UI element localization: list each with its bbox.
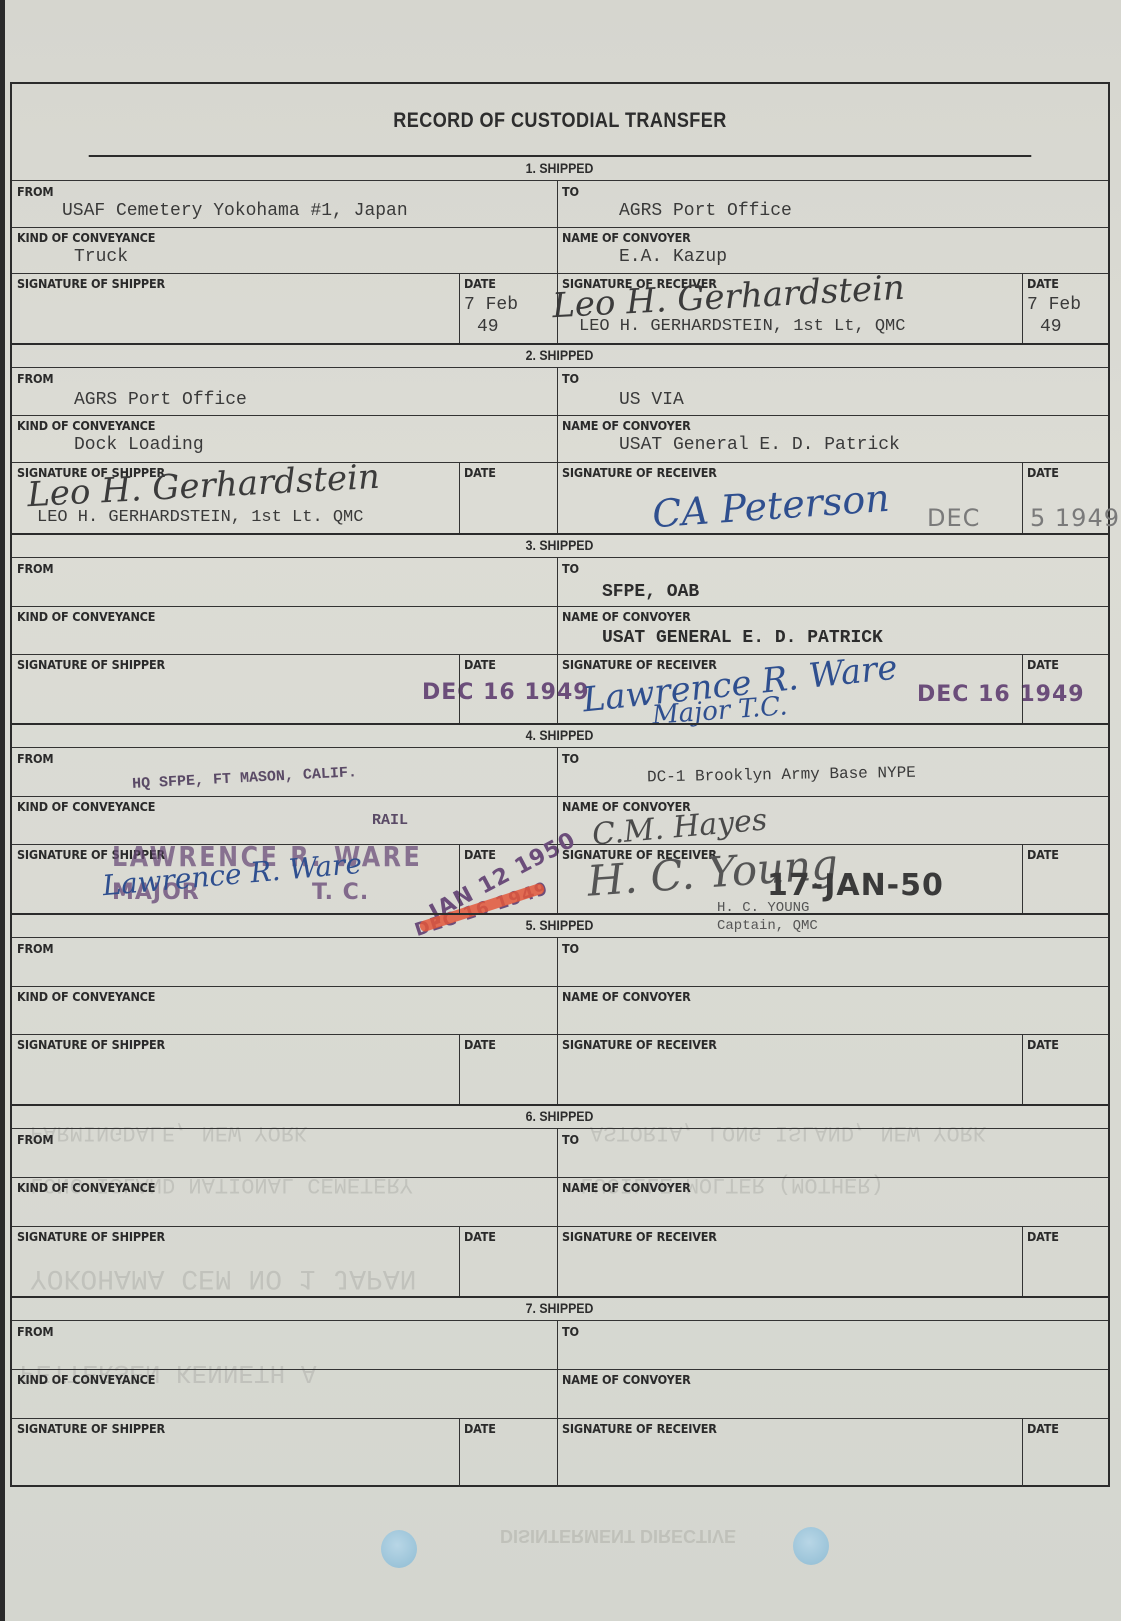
shipment-section-2: 2. SHIPPED FROM AGRS Port Office TO US V… <box>12 344 1108 534</box>
from-field[interactable]: FROM <box>12 938 557 986</box>
page-edge-shadow <box>0 0 5 1621</box>
from-stamp: HQ SFPE, FT MASON, CALIF. <box>132 764 358 793</box>
form-title: RECORD OF CUSTODIAL TRANSFER <box>89 84 1032 157</box>
kind-of-conveyance-field[interactable]: KIND OF CONVEYANCE <box>12 606 557 654</box>
shipment-section-5: 5. SHIPPED FROM TO KIND OF CONVEYANCE NA… <box>12 914 1108 1105</box>
shipper-date-field[interactable]: DATE 7 Feb 49 <box>459 273 557 344</box>
kind-of-conveyance-field[interactable]: KIND OF CONVEYANCE RAIL <box>12 796 557 844</box>
section-heading: 4. SHIPPED <box>12 724 1108 748</box>
date-stamp: DEC <box>927 504 980 532</box>
shipper-signature-field[interactable]: SIGNATURE OF SHIPPER LAWRENCE R. WARE MA… <box>12 844 459 914</box>
name-of-convoyer-field[interactable]: NAME OF CONVOYER C.M. Hayes <box>557 796 1112 844</box>
punch-hole <box>793 1527 829 1565</box>
to-field[interactable]: TO US VIA <box>557 368 1112 415</box>
receiver-signature-field[interactable]: SIGNATURE OF RECEIVER <box>557 1034 1022 1105</box>
receiver-date-field[interactable]: DATE <box>1022 1034 1112 1105</box>
receiver-signature-field[interactable]: SIGNATURE OF RECEIVER <box>557 1418 1022 1487</box>
section-heading: 2. SHIPPED <box>12 344 1108 368</box>
receiver-date-field[interactable]: DATE <box>1022 1226 1112 1297</box>
receiver-date-field[interactable]: DATE <box>1022 654 1112 724</box>
shipper-signature-field[interactable]: SIGNATURE OF SHIPPER <box>12 1226 459 1297</box>
date-stamp: 5 1949 <box>1030 504 1120 532</box>
section-heading: 3. SHIPPED <box>12 534 1108 558</box>
name-of-convoyer-field[interactable]: NAME OF CONVOYER USAT GENERAL E. D. PATR… <box>557 606 1112 654</box>
receiver-date-field[interactable]: DATE <box>1022 1418 1112 1487</box>
from-field[interactable]: FROM AGRS Port Office <box>12 368 557 415</box>
from-field[interactable]: FROM <box>12 1129 557 1177</box>
shipment-section-4: 4. SHIPPED FROM HQ SFPE, FT MASON, CALIF… <box>12 724 1108 914</box>
to-field[interactable]: TO AGRS Port Office <box>557 181 1112 227</box>
shipment-section-1: 1. SHIPPED FROM USAF Cemetery Yokohama #… <box>12 157 1108 344</box>
name-of-convoyer-field[interactable]: NAME OF CONVOYER USAT General E. D. Patr… <box>557 415 1112 462</box>
shipper-date-field[interactable]: DATE <box>459 654 557 724</box>
kind-of-conveyance-field[interactable]: KIND OF CONVEYANCE Truck <box>12 227 557 273</box>
to-field[interactable]: TO DC-1 Brooklyn Army Base NYPE <box>557 748 1112 796</box>
to-field[interactable]: TO <box>557 1129 1112 1177</box>
shipper-date-field[interactable]: DATE <box>459 462 557 534</box>
shipment-section-7: 7. SHIPPED FROM TO KIND OF CONVEYANCE NA… <box>12 1297 1108 1487</box>
bleed-through-text: DISINTERMENT DIRECTIVE <box>500 1525 736 1546</box>
shipper-date-field[interactable]: DATE <box>459 1226 557 1297</box>
from-field[interactable]: FROM <box>12 1321 557 1369</box>
receiver-date-field[interactable]: DATE 7 Feb 49 <box>1022 273 1112 344</box>
section-heading: 1. SHIPPED <box>12 157 1108 181</box>
to-field[interactable]: TO SFPE, OAB <box>557 558 1112 606</box>
from-field[interactable]: FROM <box>12 558 557 606</box>
to-field[interactable]: TO <box>557 938 1112 986</box>
section-heading: 7. SHIPPED <box>12 1297 1108 1321</box>
document-page: FARMINGDALE, NEW YORK ASTORIA, LONG ISLA… <box>0 0 1121 1621</box>
kind-of-conveyance-field[interactable]: KIND OF CONVEYANCE Dock Loading <box>12 415 557 462</box>
name-of-convoyer-field[interactable]: NAME OF CONVOYER <box>557 1369 1112 1418</box>
kind-of-conveyance-field[interactable]: KIND OF CONVEYANCE <box>12 1177 557 1226</box>
to-field[interactable]: TO <box>557 1321 1112 1369</box>
kind-of-conveyance-field[interactable]: KIND OF CONVEYANCE <box>12 1369 557 1418</box>
shipper-signature-field[interactable]: SIGNATURE OF SHIPPER <box>12 654 459 724</box>
receiver-signature-field[interactable]: SIGNATURE OF RECEIVER Leo H. Gerhardstei… <box>557 273 1022 344</box>
date-stamp: 17-JAN-50 <box>767 868 944 903</box>
shipment-section-6: 6. SHIPPED FROM TO KIND OF CONVEYANCE NA… <box>12 1105 1108 1297</box>
receiver-signature-field[interactable]: SIGNATURE OF RECEIVER CA Peterson DEC <box>557 462 1022 534</box>
custodial-transfer-form: RECORD OF CUSTODIAL TRANSFER 1. SHIPPED … <box>10 82 1110 1487</box>
from-field[interactable]: FROM USAF Cemetery Yokohama #1, Japan <box>12 181 557 227</box>
shipper-signature-field[interactable]: SIGNATURE OF SHIPPER <box>12 273 459 344</box>
shipper-signature-field[interactable]: SIGNATURE OF SHIPPER Leo H. Gerhardstein… <box>12 462 459 534</box>
receiver-signature-field[interactable]: SIGNATURE OF RECEIVER H. C. Young 17-JAN… <box>557 844 1022 914</box>
name-of-convoyer-field[interactable]: NAME OF CONVOYER <box>557 1177 1112 1226</box>
receiver-signature-field[interactable]: SIGNATURE OF RECEIVER <box>557 1226 1022 1297</box>
receiver-date-field[interactable]: DATE <box>1022 844 1112 914</box>
receiver-date-field[interactable]: DATE 5 1949 <box>1022 462 1112 534</box>
receiver-signature-field[interactable]: SIGNATURE OF RECEIVER Lawrence R. Ware M… <box>557 654 1022 724</box>
punch-hole <box>381 1530 417 1568</box>
shipper-signature-field[interactable]: SIGNATURE OF SHIPPER <box>12 1034 459 1105</box>
name-of-convoyer-field[interactable]: NAME OF CONVOYER E.A. Kazup <box>557 227 1112 273</box>
rank-stamp: MAJOR <box>112 880 200 905</box>
section-heading: 5. SHIPPED <box>12 914 1108 938</box>
from-field[interactable]: FROM HQ SFPE, FT MASON, CALIF. <box>12 748 557 796</box>
shipper-signature-field[interactable]: SIGNATURE OF SHIPPER <box>12 1418 459 1487</box>
name-of-convoyer-field[interactable]: NAME OF CONVOYER <box>557 986 1112 1034</box>
section-heading: 6. SHIPPED <box>12 1105 1108 1129</box>
kind-of-conveyance-field[interactable]: KIND OF CONVEYANCE <box>12 986 557 1034</box>
shipment-section-3: 3. SHIPPED FROM TO SFPE, OAB KIND OF CON… <box>12 534 1108 724</box>
branch-stamp: T. C. <box>312 880 369 905</box>
handwritten-signature: CA Peterson <box>651 476 891 536</box>
shipper-date-field[interactable]: DATE <box>459 1418 557 1487</box>
shipper-date-field[interactable]: DATE <box>459 1034 557 1105</box>
